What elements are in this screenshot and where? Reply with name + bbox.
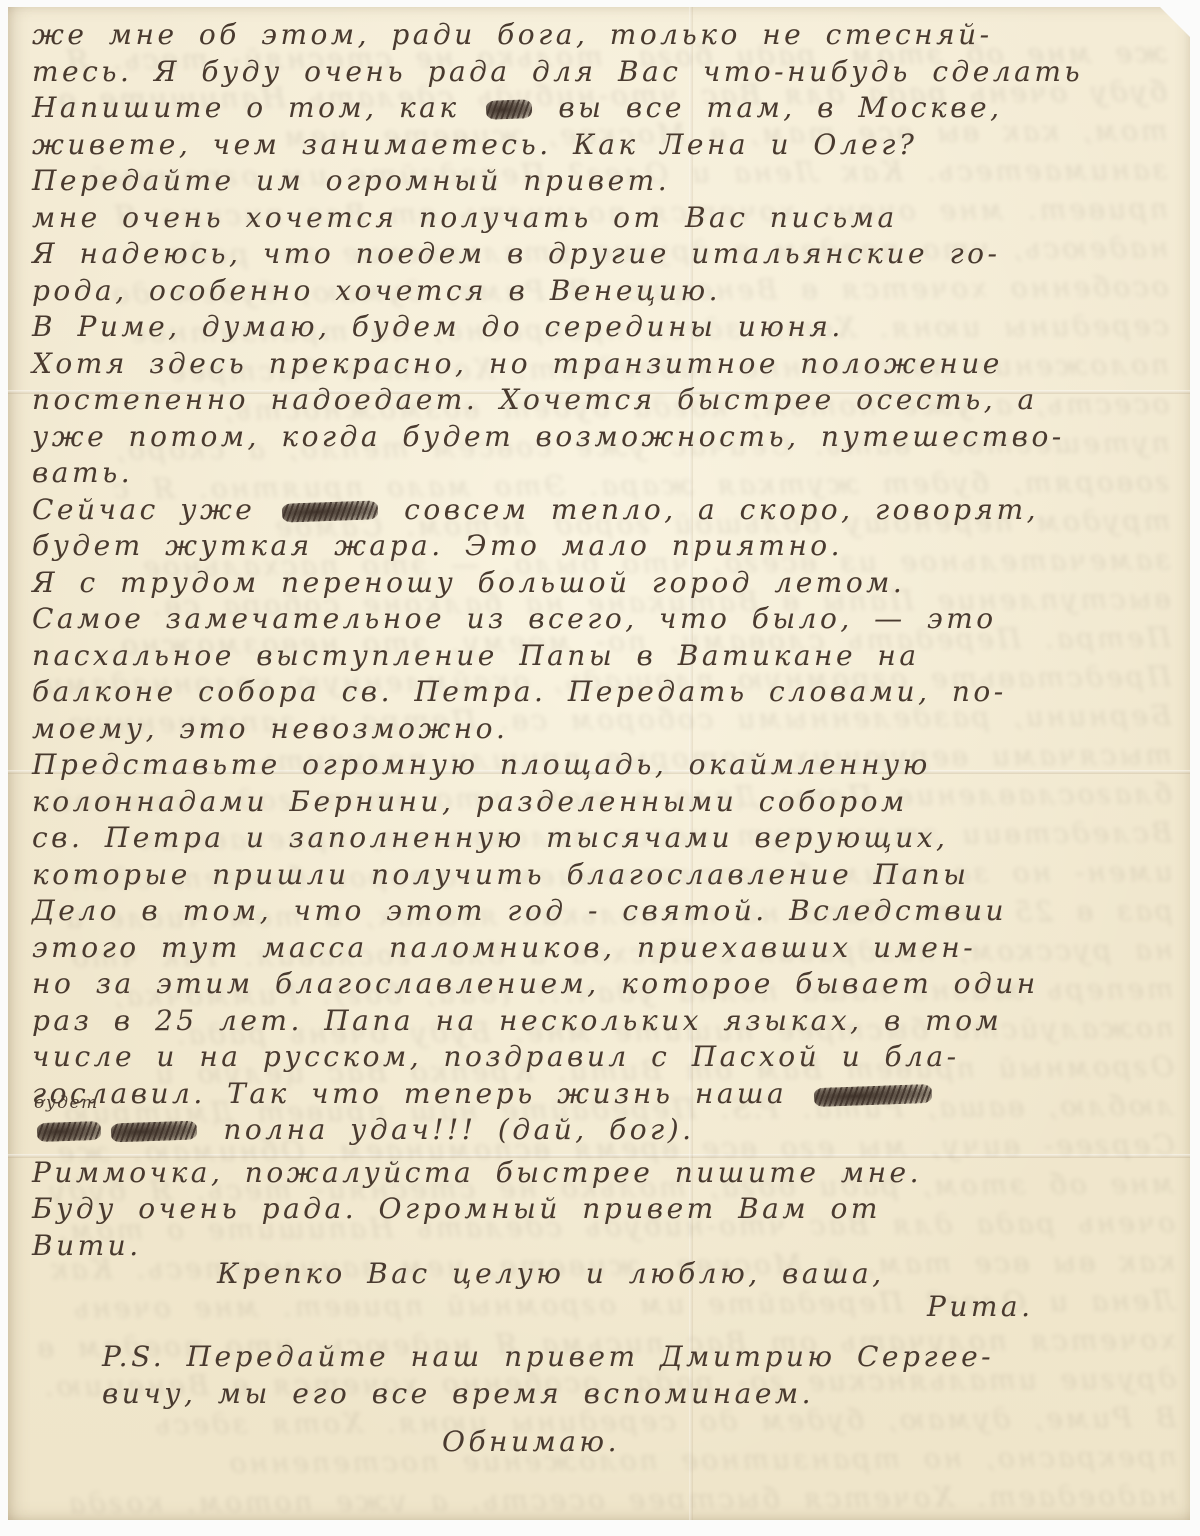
handwritten-text: пасхальное выступление Папы в Ватикане н…: [32, 639, 920, 672]
handwritten-text: живете, чем занимаетесь. Как Лена и Олег…: [32, 128, 917, 161]
letter-line: Буду очень рада. Огромный привет Вам от: [32, 1191, 1176, 1228]
handwritten-text: же мне об этом, ради бога, только не сте…: [32, 18, 993, 51]
handwritten-text: Дело в том, что этот год - святой. Вслед…: [32, 894, 1007, 927]
letter-line: Обнимаю.: [32, 1424, 1176, 1461]
letter-line: В Риме, думаю, будем до середины июня.: [32, 309, 1176, 346]
letter-line: числе и на русском, поздравил с Пасхой и…: [32, 1039, 1176, 1076]
handwritten-text: балконе собора св. Петра. Передать слова…: [32, 675, 1007, 708]
handwritten-text: Обнимаю.: [442, 1425, 620, 1458]
letter-line: Самое замечательное из всего, что было, …: [32, 601, 1176, 638]
handwritten-text: этого тут масса паломников, приехавших и…: [32, 931, 976, 964]
letter-line: этого тут масса паломников, приехавших и…: [32, 930, 1176, 967]
handwritten-text: постепенно надоедает. Хочется быстрее ос…: [32, 383, 1038, 416]
handwritten-text: Сейчас уже: [32, 493, 277, 526]
handwritten-text: В Риме, думаю, будем до середины июня.: [32, 310, 844, 343]
letter-line: мне очень хочется получать от Вас письма: [32, 200, 1176, 237]
handwritten-text: вы все там, в Москве,: [537, 91, 1003, 124]
letter-line: Крепко Вас целую и люблю, ваша,: [32, 1256, 1176, 1293]
handwritten-text: которые пришли получить благославление П…: [32, 858, 969, 891]
ink-scribble: [111, 1121, 198, 1143]
handwritten-text: Напишите о том, как: [32, 91, 481, 124]
handwritten-text: совсем тепло, а скоро, говорят,: [383, 493, 1039, 526]
handwritten-text: но за этим благославлением, которое быва…: [32, 967, 1039, 1000]
letter-line: рода, особенно хочется в Венецию.: [32, 273, 1176, 310]
letter-line: уже потом, когда будет возможность, путе…: [32, 419, 1176, 456]
letter-line: будет полна удач!!! (дай, бог).: [32, 1112, 1176, 1149]
letter-line: же мне об этом, ради бога, только не сте…: [32, 17, 1176, 54]
handwritten-text: будет жуткая жара. Это мало приятно.: [32, 529, 843, 562]
handwritten-text: Я с трудом переношу большой город летом.: [32, 566, 905, 599]
letter-line: вичу, мы его все время вспоминаем.: [32, 1376, 1176, 1413]
letter-line: колоннадами Бернини, разделенными соборо…: [32, 784, 1176, 821]
handwritten-text: Рита.: [927, 1290, 1034, 1323]
letter-line: Сейчас уже совсем тепло, а скоро, говоря…: [32, 492, 1176, 529]
letter-line: тесь. Я буду очень рада для Вас что-нибу…: [32, 54, 1176, 91]
ink-scribble: [486, 99, 533, 120]
letter-line: вать.: [32, 455, 1176, 492]
ink-scribble: [37, 1121, 102, 1142]
letter-line: P.S. Передайте наш привет Дмитрию Сергее…: [32, 1339, 1176, 1376]
letter-line: Я с трудом переношу большой город летом.: [32, 565, 1176, 602]
handwritten-text: гославил. Так что теперь жизнь наша: [32, 1077, 809, 1110]
handwritten-text: Передайте им огромный привет.: [32, 164, 670, 197]
handwritten-text: Представьте огромную площадь, окаймленну…: [32, 748, 931, 781]
handwritten-text: Я надеюсь, что поедем в другие итальянск…: [32, 237, 1000, 270]
handwritten-text: моему, это невозможно.: [32, 712, 508, 745]
letter-line: св. Петра и заполненную тысячами верующи…: [32, 820, 1176, 857]
scanned-letter-page: { "letter": { "kind": "handwritten-lette…: [0, 0, 1200, 1536]
handwritten-text: P.S. Передайте наш привет Дмитрию Сергее…: [102, 1340, 994, 1373]
ink-scribble: [281, 500, 378, 522]
letter-line: но за этим благославлением, которое быва…: [32, 966, 1176, 1003]
handwritten-text: колоннадами Бернини, разделенными соборо…: [32, 785, 908, 818]
handwritten-text: Самое замечательное из всего, что было, …: [32, 602, 997, 635]
ink-scribble: [813, 1083, 932, 1106]
letter-line: живете, чем занимаетесь. Как Лена и Олег…: [32, 127, 1176, 164]
letter-line: балконе собора св. Петра. Передать слова…: [32, 674, 1176, 711]
letter-line: будет жуткая жара. Это мало приятно.: [32, 528, 1176, 565]
handwritten-text: св. Петра и заполненную тысячами верующи…: [32, 821, 948, 854]
handwritten-text: рода, особенно хочется в Венецию.: [32, 274, 721, 307]
handwritten-text: уже потом, когда будет возможность, путе…: [32, 420, 1065, 453]
letter-line: постепенно надоедает. Хочется быстрее ос…: [32, 382, 1176, 419]
letter-line: Риммочка, пожалуйста быстрее пишите мне.: [32, 1155, 1176, 1192]
handwritten-text: раз в 25 лет. Папа на нескольких языках,…: [32, 1004, 1002, 1037]
inserted-word-above-line: будет: [34, 1095, 99, 1112]
letter-line: Представьте огромную площадь, окаймленну…: [32, 747, 1176, 784]
handwritten-text: вать.: [32, 456, 133, 489]
handwritten-text: полна удач!!! (дай, бог).: [202, 1113, 695, 1146]
letter-line: моему, это невозможно.: [32, 711, 1176, 748]
letter-line: Рита.: [32, 1289, 1176, 1326]
handwritten-text: тесь. Я буду очень рада для Вас что-нибу…: [32, 55, 1083, 88]
letter-line: Передайте им огромный привет.: [32, 163, 1176, 200]
letter-line: Дело в том, что этот год - святой. Вслед…: [32, 893, 1176, 930]
letter-line: Хотя здесь прекрасно, но транзитное поло…: [32, 346, 1176, 383]
letter-line: гославил. Так что теперь жизнь наша: [32, 1076, 1176, 1113]
handwritten-text: Буду очень рада. Огромный привет Вам от: [32, 1192, 881, 1225]
letter-line: раз в 25 лет. Папа на нескольких языках,…: [32, 1003, 1176, 1040]
letter-line: Я надеюсь, что поедем в другие итальянск…: [32, 236, 1176, 273]
letter-body: же мне об этом, ради бога, только не сте…: [32, 17, 1176, 1461]
letter-line: Напишите о том, как вы все там, в Москве…: [32, 90, 1176, 127]
handwritten-text: мне очень хочется получать от Вас письма: [32, 201, 898, 234]
handwritten-text: Крепко Вас целую и люблю, ваша,: [217, 1257, 885, 1290]
letter-line: пасхальное выступление Папы в Ватикане н…: [32, 638, 1176, 675]
handwritten-text: числе и на русском, поздравил с Пасхой и…: [32, 1040, 960, 1073]
letter-line: которые пришли получить благославление П…: [32, 857, 1176, 894]
handwritten-text: вичу, мы его все время вспоминаем.: [102, 1377, 814, 1410]
letter-page: же мне об этом, ради бога, только не сте…: [8, 7, 1190, 1520]
handwritten-text: Риммочка, пожалуйста быстрее пишите мне.: [32, 1156, 922, 1189]
handwritten-text: Хотя здесь прекрасно, но транзитное поло…: [32, 347, 1003, 380]
